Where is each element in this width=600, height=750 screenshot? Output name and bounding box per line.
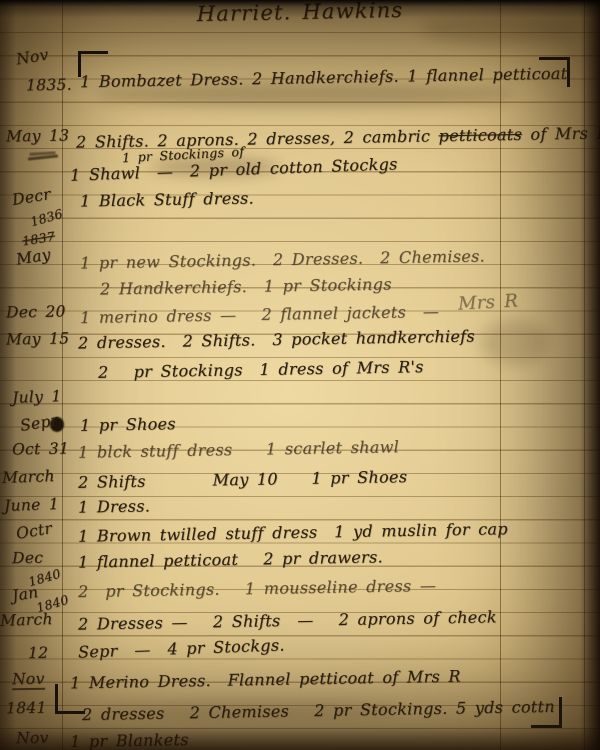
entry-date: Nov	[12, 670, 45, 691]
entry-date: Decr	[11, 185, 52, 209]
entry-line: 2 Dresses — 2 Shifts — 2 aprons of check	[78, 607, 497, 633]
column-rule-mid	[500, 0, 501, 750]
entry-date: May 15	[6, 329, 70, 348]
entry-line: Sepr — 4 pr Stockgs.	[78, 635, 285, 661]
ink-scribble	[28, 154, 58, 160]
entry-date: June 1	[4, 495, 60, 515]
entry-line: 2 Handkerchiefs. 1 pr Stockings	[100, 274, 392, 298]
entry-line: 2 Shifts May 10 1 pr Shoes	[78, 467, 408, 492]
entry-year: 1841	[6, 699, 47, 718]
entry-date: 12	[28, 644, 49, 662]
entry-line: 1 flannel petticoat 2 pr drawers.	[78, 547, 383, 571]
entry-date: March	[2, 467, 55, 487]
entry-date: Nov	[15, 46, 50, 69]
entry-line: 1 Black Stuff dress.	[80, 188, 254, 210]
entry-line: 1 merino dress — 2 flannel jackets —	[80, 302, 439, 327]
page-title: Harriet. Hawkins	[0, 0, 600, 30]
entry-line: 1 Brown twilled stuff dress 1 yd muslin …	[78, 519, 508, 545]
entry-line: 1 Dress.	[78, 496, 150, 516]
ledger-photo: Harriet. Hawkins Nov 1835. 1 Bombazet Dr…	[0, 0, 600, 750]
entry-line: 2 Shifts. 2 aprons. 2 dresses, 2 cambric…	[76, 123, 600, 151]
column-rule-right	[584, 0, 585, 750]
entry-year: 1837	[21, 229, 56, 249]
entry-line: 1 pr Blankets	[70, 730, 189, 750]
entry-line: 2 dresses. 2 Shifts. 3 pocket handkerchi…	[78, 327, 475, 353]
paper-stain	[480, 320, 550, 365]
entry-date: Octr	[15, 519, 54, 542]
entry-year: 1835.	[26, 76, 72, 95]
margin-note: Mrs R	[457, 290, 518, 314]
entry-line: 2 pr Stockings 1 dress of Mrs R's	[98, 357, 424, 382]
entry-year: 1836	[29, 206, 65, 230]
entry-line: 1 pr new Stockings. 2 Dresses. 2 Chemise…	[80, 246, 485, 272]
entry-line: 2 pr Stockings. 1 mousseline dress —	[78, 576, 436, 601]
entry-line: 1 Bombazet Dress. 2 Handkerchiefs. 1 fla…	[80, 64, 568, 92]
entry-date: July 1	[12, 387, 62, 407]
entry-date: Dec	[12, 549, 43, 568]
entry-date: Dec 20	[6, 302, 66, 321]
entry-date: May	[15, 245, 52, 268]
margin-rule-left	[62, 0, 63, 750]
ruled-lines	[0, 10, 600, 750]
entry-date: Oct 31	[12, 440, 69, 459]
entry-date: May 13	[6, 126, 70, 145]
struck-text: petticoats	[438, 125, 522, 145]
entry-line: 1 blck stuff dress 1 scarlet shawl	[78, 437, 399, 462]
entry-date: March	[0, 610, 53, 630]
entry-line: 2 dresses 2 Chemises 2 pr Stockings. 5 y…	[82, 697, 555, 724]
entry-line: 1 pr Shoes	[80, 414, 176, 435]
entry-line: 1 Merino Dress. Flannel petticoat of Mrs…	[70, 667, 461, 693]
entry-date: Nov	[16, 729, 49, 748]
